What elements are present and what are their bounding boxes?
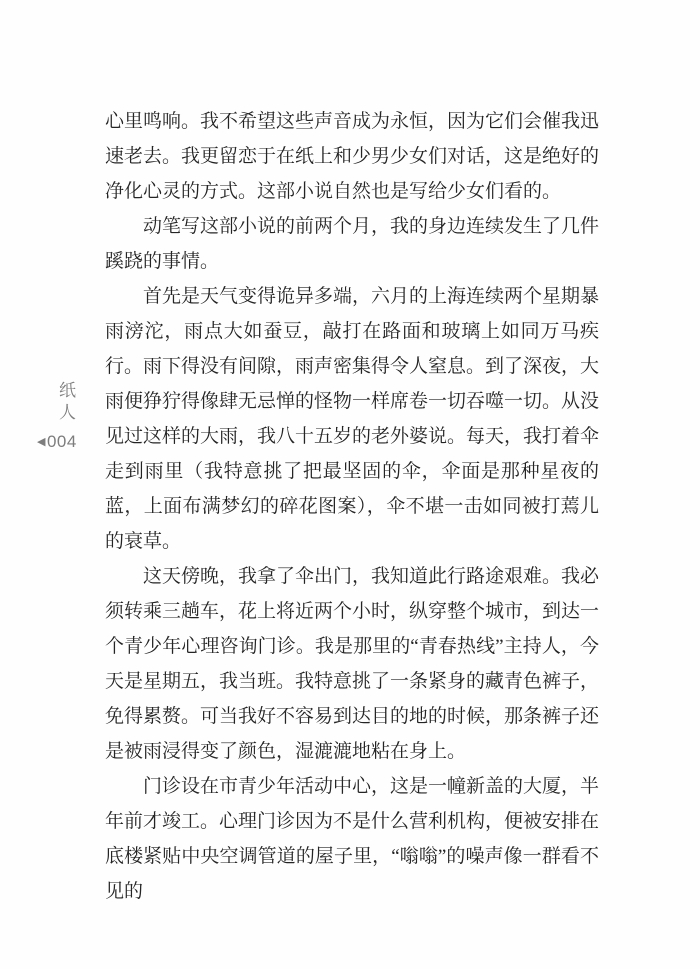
book-page: 纸人 ◀ 004 心里鸣响。我不希望这些声音成为永恒，因为它们会催我迅速老去。我…	[0, 0, 700, 969]
book-title-vertical: 纸人	[56, 381, 74, 425]
paragraph: 首先是天气变得诡异多端，六月的上海连续两个星期暴雨滂沱，雨点大如蚕豆，敲打在路面…	[105, 279, 599, 559]
paragraph: 门诊设在市青少年活动中心，这是一幢新盖的大厦，半年前才竣工。心理门诊因为不是什么…	[105, 769, 599, 909]
page-margin-sidebar: 纸人 ◀ 004	[0, 0, 100, 969]
page-number-marker: ◀ 004	[37, 432, 77, 452]
body-text: 心里鸣响。我不希望这些声音成为永恒，因为它们会催我迅速老去。我更留恋于在纸上和少…	[105, 104, 599, 909]
paragraph: 心里鸣响。我不希望这些声音成为永恒，因为它们会催我迅速老去。我更留恋于在纸上和少…	[105, 104, 599, 209]
left-triangle-icon: ◀	[37, 437, 46, 448]
paragraph: 动笔写这部小说的前两个月，我的身边连续发生了几件蹊跷的事情。	[105, 209, 599, 279]
page-number: 004	[47, 432, 77, 452]
paragraph: 这天傍晚，我拿了伞出门，我知道此行路途艰难。我必须转乘三趟车，花上将近两个小时，…	[105, 559, 599, 769]
